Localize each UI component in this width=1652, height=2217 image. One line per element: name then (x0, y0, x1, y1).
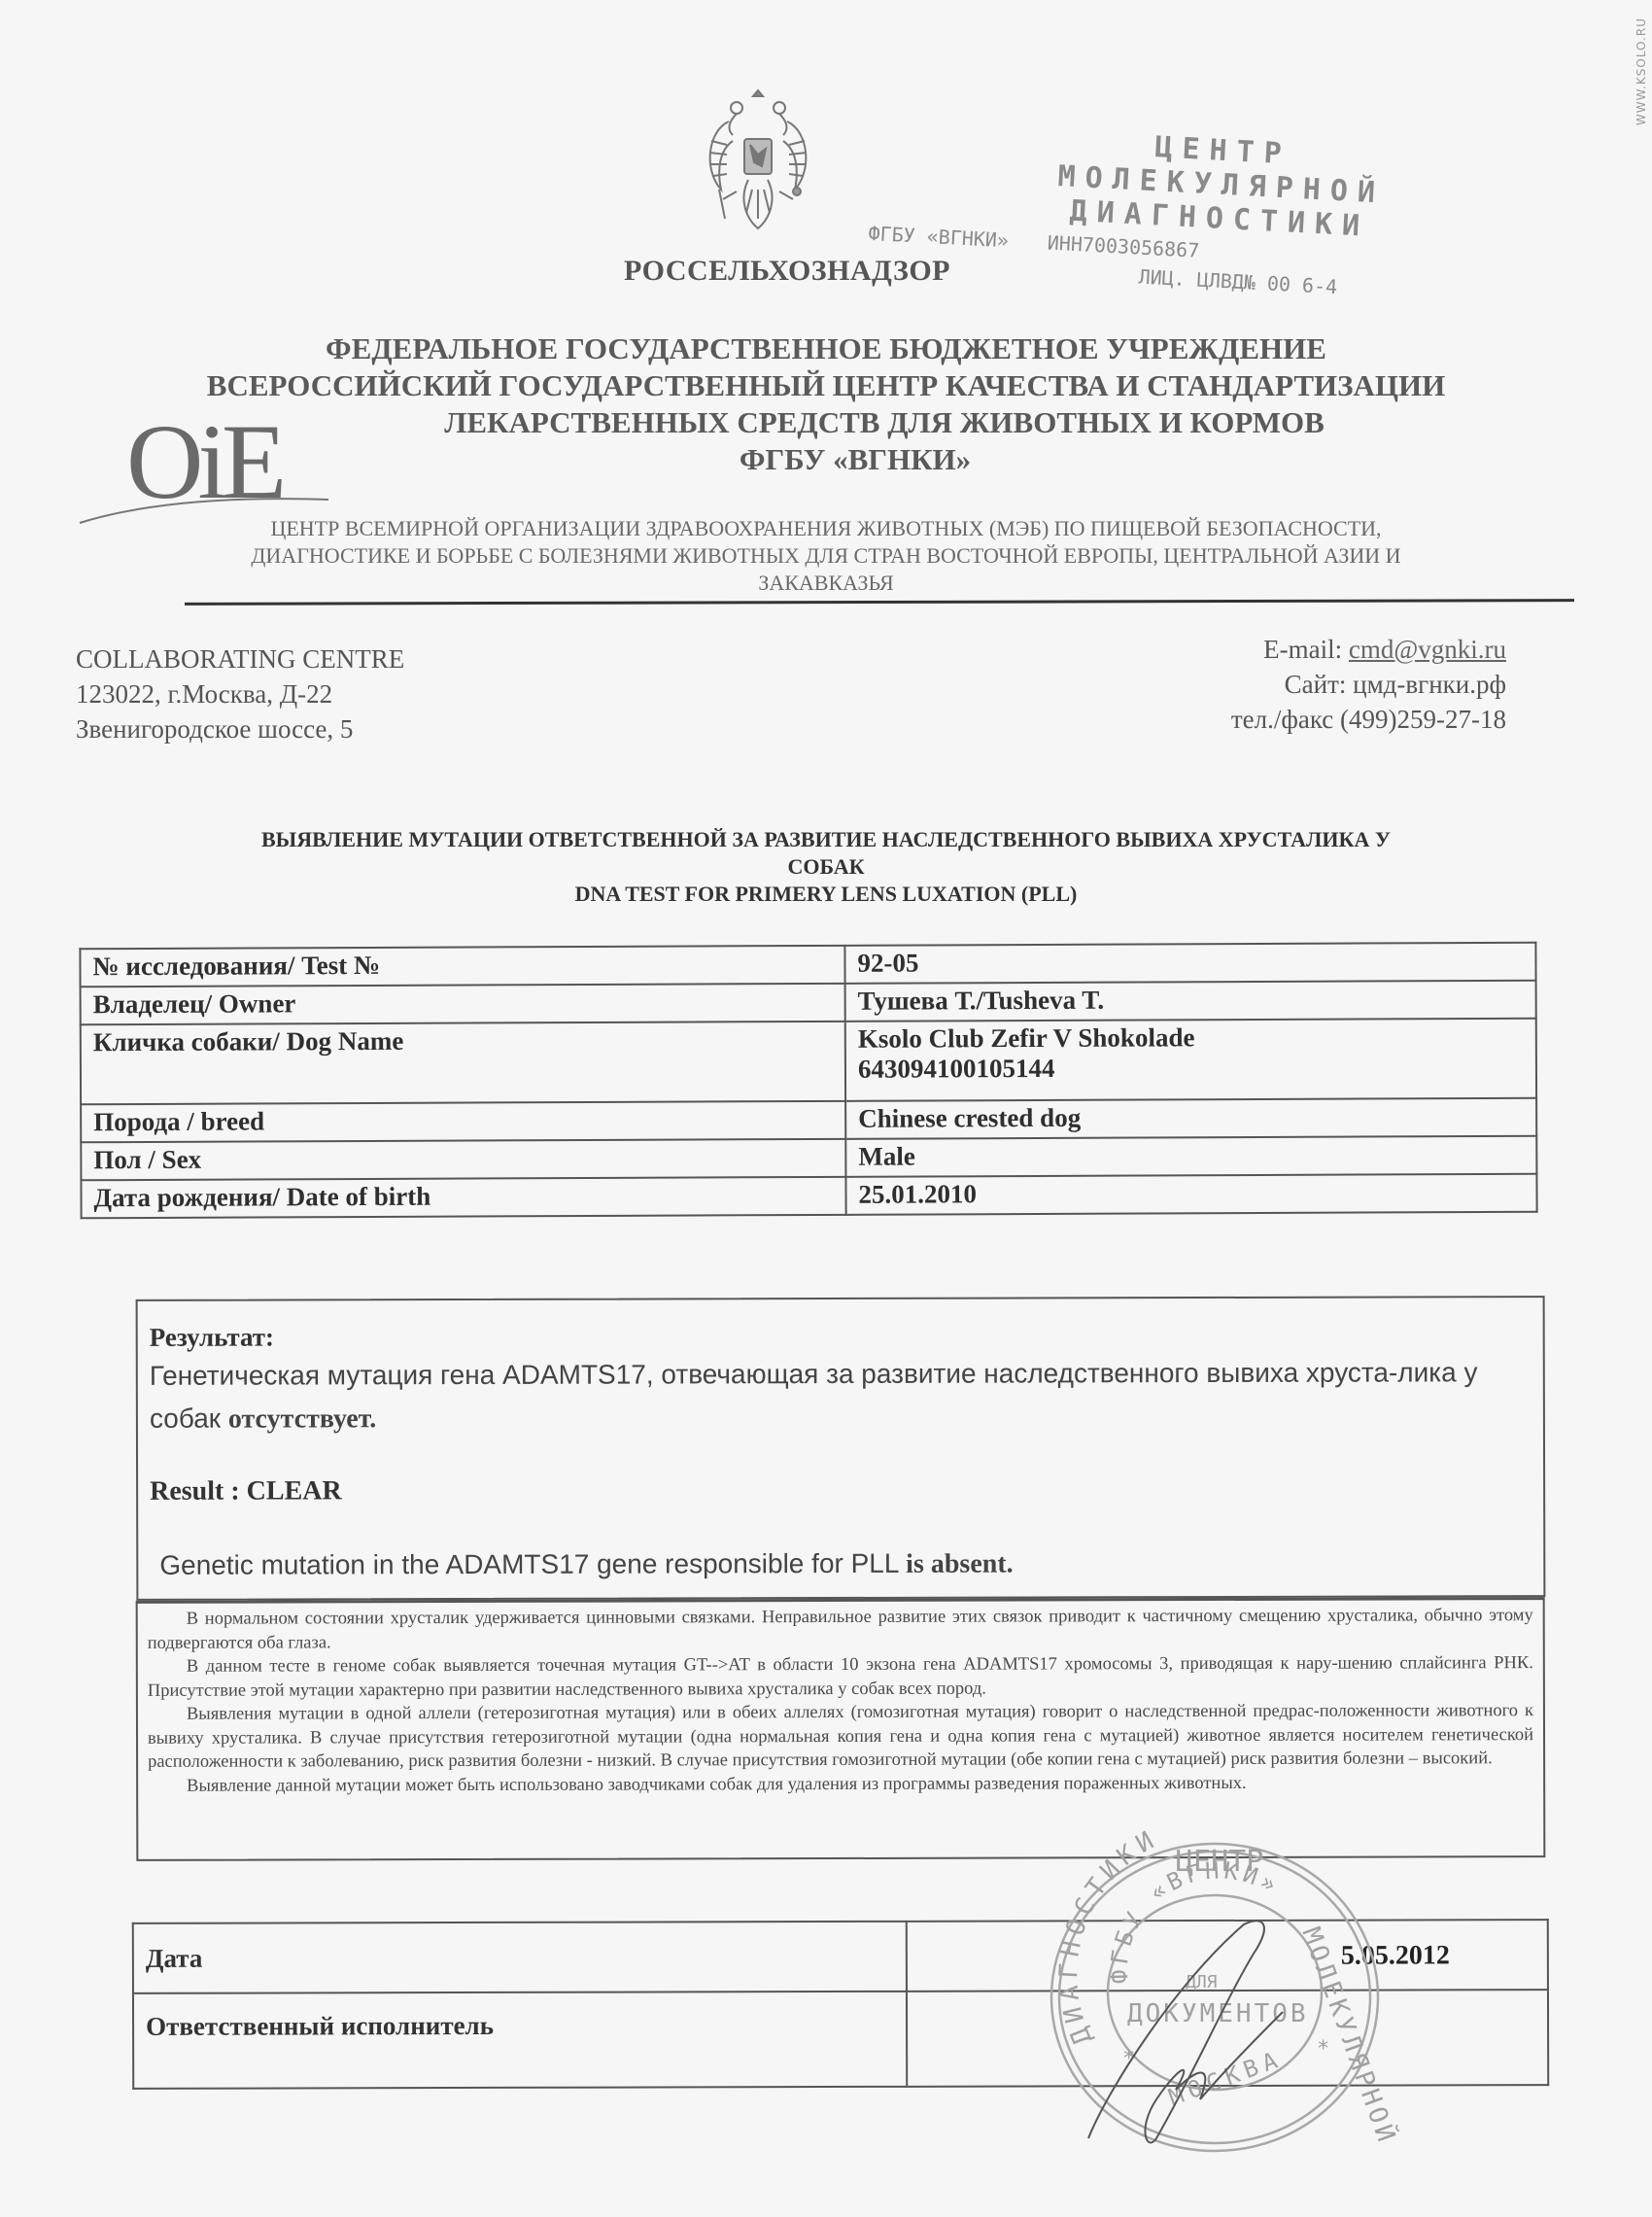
executor-value (907, 1990, 1548, 2087)
explanation-paragraph: В нормальном состоянии хрусталик удержив… (148, 1604, 1533, 1655)
explanation-box: В нормальном состоянии хрусталик удержив… (136, 1597, 1546, 1861)
table-row: Дата рождения/ Date of birth 25.01.2010 (81, 1174, 1536, 1219)
executor-label: Ответственный исполнитель (133, 1992, 907, 2089)
breed-value: Chinese crested dog (845, 1098, 1536, 1139)
contact-block: E-mail: cmd@vgnki.ru Сайт: цмд-вгнки.рф … (1231, 632, 1506, 737)
oie-center-line-1: ЦЕНТР ВСЕМИРНОЙ ОРГАНИЗАЦИИ ЗДРАВООХРАНЕ… (107, 515, 1545, 542)
email-line: E-mail: cmd@vgnki.ru (1231, 632, 1506, 667)
email-label: E-mail: (1263, 635, 1349, 664)
stamp-org: ФГБУ «ВГНКИ» (868, 222, 1010, 253)
phone-fax: тел./факс (499)259-27-18 (1231, 702, 1506, 737)
table-row: Кличка собаки/ Dog Name Ksolo Club Zefir… (81, 1019, 1536, 1105)
dog-name-cell: Ksolo Club Zefir V Shokolade 64309410010… (845, 1019, 1536, 1101)
oie-center-line-2: ДИАГНОСТИКЕ И БОРЬБЕ С БОЛЕЗНЯМИ ЖИВОТНЫ… (107, 542, 1545, 570)
result-text-ru-bold: отсутствует. (228, 1403, 377, 1434)
document-title: ВЫЯВЛЕНИЕ МУТАЦИИ ОТВЕТСТВЕННОЙ ЗА РАЗВИ… (68, 826, 1584, 908)
table-row: Порода / breed Chinese crested dog (81, 1098, 1536, 1143)
table-row: № исследования/ Test № 92-05 (80, 943, 1535, 987)
title-ru-line-2: СОБАК (68, 853, 1584, 881)
institution-line-2: ВСЕРОССИЙСКИЙ ГОСУДАРСТВЕННЫЙ ЦЕНТР КАЧЕ… (97, 367, 1555, 404)
signature-table: Дата 5.05.2012 Ответственный исполнитель (132, 1919, 1549, 2090)
title-en: DNA TEST FOR PRIMERY LENS LUXATION (PLL) (68, 881, 1584, 908)
dog-info-table: № исследования/ Test № 92-05 Владелец/ O… (79, 942, 1537, 1220)
email-link[interactable]: cmd@vgnki.ru (1349, 635, 1506, 664)
owner-value: Тушева Т./Tusheva T. (845, 981, 1536, 1022)
dob-value: 25.01.2010 (845, 1174, 1536, 1215)
table-row: Владелец/ Owner Тушева Т./Tusheva T. (81, 981, 1536, 1025)
result-heading-ru: Результат: (150, 1319, 1532, 1353)
institution-line-1: ФЕДЕРАЛЬНОЕ ГОСУДАРСТВЕННОЕ БЮДЖЕТНОЕ УЧ… (97, 330, 1555, 367)
website: Сайт: цмд-вгнки.рф (1231, 667, 1506, 702)
result-text-ru: Генетическая мутация гена ADAMTS17, отве… (150, 1351, 1532, 1441)
table-row: Дата 5.05.2012 (133, 1920, 1548, 1993)
result-text-en: Genetic mutation in the ADAMTS17 gene re… (150, 1546, 1532, 1582)
breed-label: Порода / breed (81, 1101, 845, 1142)
header-divider (185, 599, 1574, 606)
address-line-1: 123022, г.Москва, Д-22 (76, 676, 404, 711)
address-line-2: Звенигородское шоссе, 5 (76, 711, 404, 746)
title-ru-line-1: ВЫЯВЛЕНИЕ МУТАЦИИ ОТВЕТСТВЕННОЙ ЗА РАЗВИ… (68, 826, 1584, 853)
dob-label: Дата рождения/ Date of birth (81, 1177, 845, 1218)
result-heading-en: Result : CLEAR (150, 1472, 1532, 1507)
table-row: Пол / Sex Male (81, 1136, 1536, 1181)
collaborating-centre: COLLABORATING CENTRE (76, 641, 404, 676)
test-number-label: № исследования/ Test № (80, 946, 844, 987)
result-text-en-main: Genetic mutation in the ADAMTS17 gene re… (159, 1548, 906, 1580)
oie-center-line-3: ЗАКАВКАЗЬЯ (107, 570, 1545, 597)
table-row: Ответственный исполнитель (133, 1990, 1548, 2089)
owner-label: Владелец/ Owner (81, 984, 845, 1024)
explanation-paragraph: Выявление данной мутации может быть испо… (148, 1771, 1533, 1798)
header-stamp: ЦЕНТР МОЛЕКУЛЯРНОЙ ДИАГНОСТИКИ ФГБУ «ВГН… (846, 115, 1476, 305)
date-value: 5.05.2012 (907, 1920, 1548, 1992)
microchip-value: 643094100105144 (858, 1052, 1528, 1085)
explanation-paragraph: Выявления мутации в одной аллели (гетеро… (148, 1699, 1533, 1774)
watermark: WWW.KSOLO.RU (1635, 17, 1648, 125)
double-headed-eagle-emblem-icon (700, 83, 816, 238)
stamp-inn: ИНН7003056867 (1047, 231, 1200, 262)
address-block: COLLABORATING CENTRE 123022, г.Москва, Д… (76, 641, 404, 746)
result-text-en-bold: is absent. (906, 1549, 1014, 1579)
sex-value: Male (845, 1136, 1536, 1177)
dog-name-value: Ksolo Club Zefir V Shokolade (858, 1022, 1528, 1055)
date-label: Дата (133, 1922, 907, 1993)
oie-center-description: ЦЕНТР ВСЕМИРНОЙ ОРГАНИЗАЦИИ ЗДРАВООХРАНЕ… (107, 515, 1545, 597)
result-box: Результат: Генетическая мутация гена ADA… (136, 1296, 1546, 1601)
sex-label: Пол / Sex (81, 1139, 845, 1180)
test-number-value: 92-05 (844, 943, 1535, 984)
explanation-paragraph: В данном тесте в геноме собак выявляется… (148, 1651, 1533, 1703)
dog-name-label: Кличка собаки/ Dog Name (81, 1022, 845, 1104)
